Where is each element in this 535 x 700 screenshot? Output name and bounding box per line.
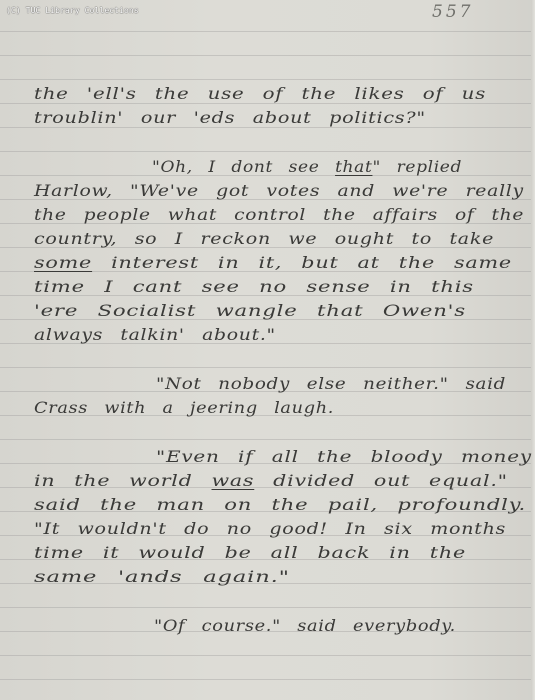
text-segment: interest in it, but at the same xyxy=(92,253,512,272)
text-line: the 'ell's the use of the likes of us xyxy=(34,86,486,102)
text-segment: " replied xyxy=(372,157,462,176)
page-edge xyxy=(531,0,535,700)
text-line: country, so I reckon we ought to take xyxy=(34,231,494,247)
text-line: Harlow, "We've got votes and we're reall… xyxy=(34,183,524,199)
text-line: "Even if all the bloody money xyxy=(156,449,532,465)
ruled-line xyxy=(0,607,535,608)
text-line: said the man on the pail, profoundly. xyxy=(34,497,526,513)
ruled-line xyxy=(0,103,535,104)
text-line: some interest in it, but at the same xyxy=(34,255,512,271)
underlined-word: some xyxy=(34,253,92,272)
page-number: 557 xyxy=(432,2,473,22)
ruled-line xyxy=(0,655,535,656)
ruled-line xyxy=(0,679,535,680)
text-line: "Of course." said everybody. xyxy=(154,618,456,634)
ruled-line xyxy=(0,79,535,80)
text-line: troublin' our 'eds about politics?" xyxy=(34,110,426,126)
text-line: 'ere Socialist wangle that Owen's xyxy=(34,303,466,319)
copyright-watermark: (C) TUC Library Collections xyxy=(6,6,139,15)
text-segment: "Oh, I dont see xyxy=(152,157,335,176)
ruled-line xyxy=(0,55,535,56)
text-line: time I cant see no sense in this xyxy=(34,279,474,295)
text-segment: in the world xyxy=(34,471,212,490)
text-line: "Not nobody else neither." said xyxy=(156,376,506,392)
underlined-word: was xyxy=(212,471,255,490)
underlined-word: that xyxy=(335,157,372,176)
text-segment: divided out equal." xyxy=(254,471,508,490)
ruled-line xyxy=(0,127,535,128)
text-line: in the world was divided out equal." xyxy=(34,473,508,489)
ruled-line xyxy=(0,31,535,32)
text-line: "Oh, I dont see that" replied xyxy=(152,159,462,175)
ruled-line xyxy=(0,367,535,368)
text-line: "It wouldn't do no good! In six months xyxy=(34,521,506,537)
text-line: same 'ands again." xyxy=(34,569,290,585)
ruled-line xyxy=(0,439,535,440)
text-line: the people what control the affairs of t… xyxy=(34,207,524,223)
text-line: Crass with a jeering laugh. xyxy=(34,400,334,416)
manuscript-page: (C) TUC Library Collections 557 the 'ell… xyxy=(0,0,535,700)
ruled-line xyxy=(0,151,535,152)
text-line: time it would be all back in the xyxy=(34,545,466,561)
text-line: always talkin' about." xyxy=(34,327,276,343)
